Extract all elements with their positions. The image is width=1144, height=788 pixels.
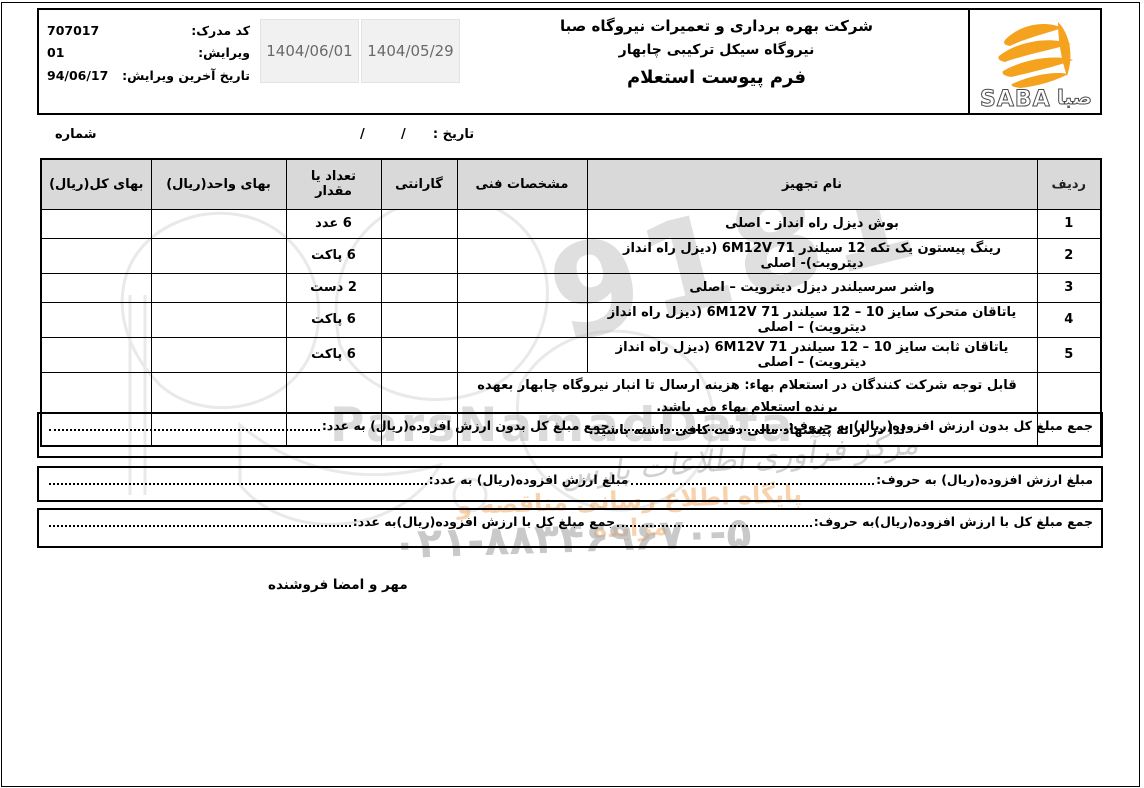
last-edit-label: تاریخ آخرین ویرایش: [122,68,250,84]
equipment-name: رینگ پیستون یک تکه 12 سیلندر 6M12V 71 (د… [587,238,1037,273]
total-price-cell [41,273,151,302]
warranty-cell [381,337,457,372]
form-header: کد مدرک: 707017 ویرایش: 01 تاریخ آخرین و… [37,8,1102,115]
total-without-vat-words-field [612,417,787,431]
document-control-block: کد مدرک: 707017 ویرایش: 01 تاریخ آخرین و… [47,23,250,90]
total-without-vat-box: جمع مبلغ کل بدون ارزش افزوده(ریال) به حر… [37,412,1103,458]
unit-price-cell [151,238,286,273]
col-header-total-price: بهای کل(ریال) [41,159,151,209]
doc-code-label: کد مدرک: [191,23,250,39]
unit-price-cell [151,209,286,238]
revision-label: ویرایش: [198,45,250,61]
tech-spec-cell [457,273,587,302]
quantity-cell: 6 پاکت [286,238,381,273]
seller-seal-signature-label: مهر و امضا فروشنده [268,577,408,593]
total-price-cell [41,209,151,238]
inquiry-form-page: 9181 ParsNamadData مرکز فرآوری اطلاعات پ… [0,0,1144,788]
tech-spec-cell [457,337,587,372]
warranty-cell [381,302,457,337]
tech-spec-cell [457,238,587,273]
col-header-row-no: ردیف [1037,159,1101,209]
tech-spec-cell [457,209,587,238]
warranty-cell [381,209,457,238]
vat-amount-box: مبلغ ارزش افزوده(ریال) به حروف: مبلغ ارز… [37,466,1103,502]
last-edit-value: 94/06/17 [47,68,108,84]
equipment-name: بوش دیزل راه انداز - اصلی [587,209,1037,238]
quantity-cell: 6 پاکت [286,302,381,337]
number-field-label: شماره [55,127,97,142]
company-title-block: شرکت بهره برداری و تعمیرات نیروگاه صبا ن… [464,17,969,88]
equipment-name: یاتاقان ثابت سایز 10 – 12 سیلندر 6M12V 7… [587,337,1037,372]
doc-code-row: کد مدرک: 707017 [47,23,250,39]
company-name-line1: شرکت بهره برداری و تعمیرات نیروگاه صبا [464,17,969,35]
quantity-cell: 2 دست [286,273,381,302]
col-header-warranty: گارانتی [381,159,457,209]
date-field-label: تاریخ : / / [360,127,474,142]
col-header-tech-spec: مشخصات فنی [457,159,587,209]
total-with-vat-words-label: جمع مبلغ کل با ارزش افزوده(ریال)به حروف: [814,513,1093,531]
col-header-quantity: تعداد یا مقدار [286,159,381,209]
warranty-cell [381,273,457,302]
vat-amount-digits-field [49,471,427,485]
revision-value: 01 [47,45,64,61]
vat-amount-words-field [631,471,875,485]
total-price-cell [41,302,151,337]
doc-code-value: 707017 [47,23,99,39]
total-price-cell [41,337,151,372]
table-row: 3 واشر سرسیلندر دیزل دیترویت – اصلی 2 دس… [41,273,1101,302]
total-without-vat-digits-label: جمع مبلغ کل بدون ارزش افزوده(ریال) به عد… [322,417,610,435]
header-date-cell-1: 1404/06/01 [260,19,359,83]
table-row: 1 بوش دیزل راه انداز - اصلی 6 عدد [41,209,1101,238]
total-without-vat-digits-field [49,417,320,431]
unit-price-cell [151,337,286,372]
saba-logo-latin-text: SABA [980,87,1051,110]
saba-logo-icon: SABA صبا [974,14,1096,110]
table-header-row: ردیف نام تجهیز مشخصات فنی گارانتی تعداد … [41,159,1101,209]
total-with-vat-box: جمع مبلغ کل با ارزش افزوده(ریال)به حروف:… [37,508,1103,548]
col-header-equipment-name: نام تجهیز [587,159,1037,209]
table-row: 2 رینگ پیستون یک تکه 12 سیلندر 6M12V 71 … [41,238,1101,273]
table-row: 5 یاتاقان ثابت سایز 10 – 12 سیلندر 6M12V… [41,337,1101,372]
table-row: 4 یاتاقان متحرک سایز 10 – 12 سیلندر 6M12… [41,302,1101,337]
saba-logo-persian-text: صبا [1057,85,1092,109]
row-number: 5 [1037,337,1101,372]
vat-amount-words-label: مبلغ ارزش افزوده(ریال) به حروف: [876,471,1093,489]
equipment-name: واشر سرسیلندر دیزل دیترویت – اصلی [587,273,1037,302]
quantity-cell: 6 پاکت [286,337,381,372]
row-number: 4 [1037,302,1101,337]
total-with-vat-digits-field [49,513,351,527]
row-number: 1 [1037,209,1101,238]
saba-logo-box: SABA صبا [968,10,1100,113]
header-date-cell-2: 1404/05/29 [361,19,460,83]
quantity-cell: 6 عدد [286,209,381,238]
total-with-vat-words-field [617,513,812,527]
vat-amount-digits-label: مبلغ ارزش افزوده(ریال) به عدد: [429,471,629,489]
revision-row: ویرایش: 01 [47,45,250,61]
warranty-cell [381,238,457,273]
unit-price-cell [151,302,286,337]
equipment-name: یاتاقان متحرک سایز 10 – 12 سیلندر 6M12V … [587,302,1037,337]
total-with-vat-digits-label: جمع مبلغ کل با ارزش افزوده(ریال)به عدد: [353,513,615,531]
last-edit-row: تاریخ آخرین ویرایش: 94/06/17 [47,68,250,84]
tech-spec-cell [457,302,587,337]
row-number: 2 [1037,238,1101,273]
company-name-line2: نیروگاه سیکل ترکیبی چابهار [464,42,969,58]
total-without-vat-words-label: جمع مبلغ کل بدون ارزش افزوده(ریال) به حر… [788,417,1093,435]
inquiry-items-table: ردیف نام تجهیز مشخصات فنی گارانتی تعداد … [40,158,1102,447]
total-price-cell [41,238,151,273]
header-date-cells: 1404/06/01 1404/05/29 [260,19,460,83]
row-number: 3 [1037,273,1101,302]
col-header-unit-price: بهای واحد(ریال) [151,159,286,209]
form-title: فرم پیوست استعلام [464,67,969,88]
unit-price-cell [151,273,286,302]
